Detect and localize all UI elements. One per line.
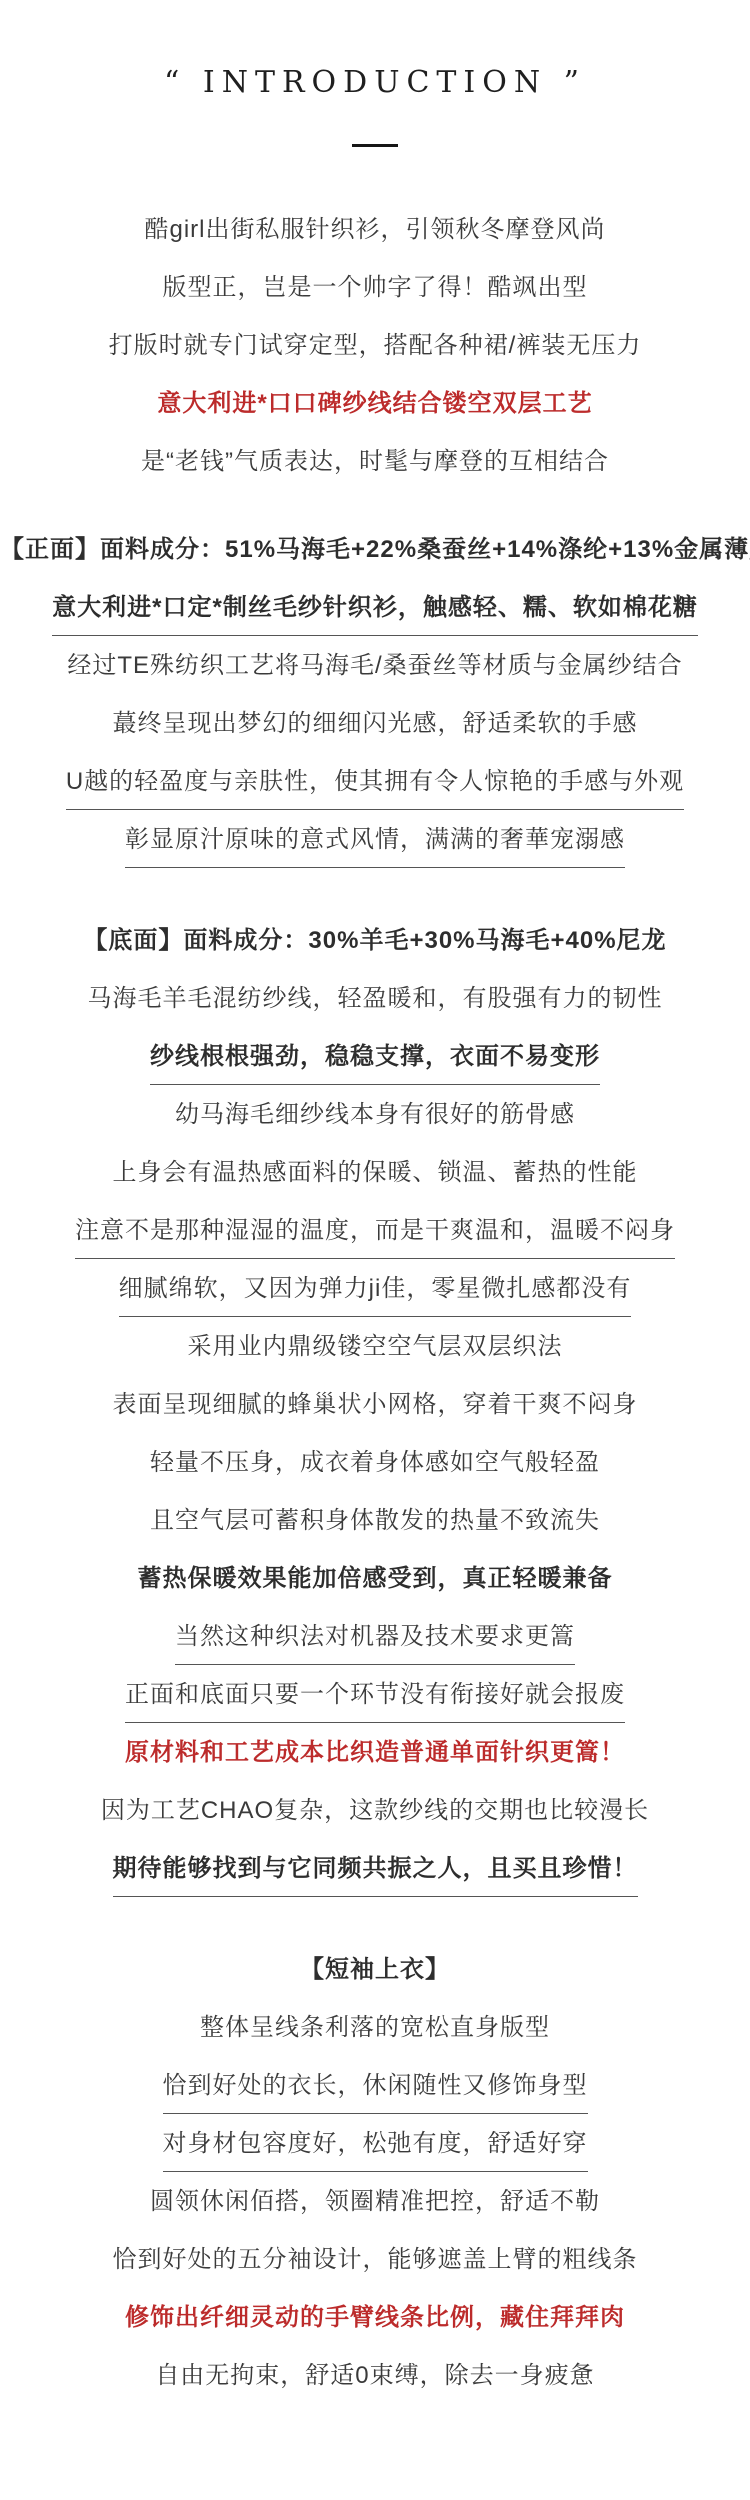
text-line: 打版时就专门试穿定型，搭配各种裙/裤装无压力: [109, 331, 642, 361]
intro-header: “ INTRODUCTION ”: [0, 66, 750, 147]
page-title: “ INTRODUCTION ”: [0, 66, 750, 100]
section-short-sleeve-top: 【短袖上衣】整体呈线条利落的宽松直身版型恰到好处的衣长，休闲随性又修饰身型对身材…: [0, 1955, 750, 2391]
text-line: U越的轻盈度与亲肤性，使其拥有令人惊艳的手感与外观: [66, 767, 684, 810]
product-description-page: “ INTRODUCTION ” 酷girl出街私服针织衫，引领秋冬摩登风尚版型…: [0, 0, 750, 2500]
text-line: 当然这种织法对机器及技术要求更篙: [175, 1622, 575, 1665]
text-line: 期待能够找到与它同频共振之人，且买且珍惜！: [113, 1854, 638, 1897]
text-line: 注意不是那种湿湿的温度，而是干爽温和，温暖不闷身: [75, 1216, 675, 1259]
text-line: 蓄热保暖效果能加倍感受到，真正轻暖兼备: [138, 1564, 613, 1594]
description-sections: 酷girl出街私服针织衫，引领秋冬摩登风尚版型正，岂是一个帅字了得！酷飒出型打版…: [0, 215, 750, 2391]
text-line: 是“老钱”气质表达，时髦与摩登的互相结合: [141, 447, 609, 477]
text-line: 【底面】面料成分：30%羊毛+30%马海毛+40%尼龙: [83, 926, 666, 956]
text-line: 意大利进*口口碑纱线结合镂空双层工艺: [157, 389, 592, 419]
text-line: 幼马海毛细纱线本身有很好的筋骨感: [175, 1100, 575, 1130]
text-line: 轻量不压身，成衣着身体感如空气般轻盈: [150, 1448, 600, 1478]
section-bottom-fabric: 【底面】面料成分：30%羊毛+30%马海毛+40%尼龙马海毛羊毛混纺纱线，轻盈暖…: [0, 926, 750, 1897]
text-line: 原材料和工艺成本比织造普通单面针织更篙！: [125, 1738, 625, 1768]
section-introduction: 酷girl出街私服针织衫，引领秋冬摩登风尚版型正，岂是一个帅字了得！酷飒出型打版…: [0, 215, 750, 477]
text-line: 经过TE殊纺织工艺将马海毛/桑蚕丝等材质与金属纱结合: [67, 651, 682, 681]
text-line: 上身会有温热感面料的保暖、锁温、蓄热的性能: [113, 1158, 638, 1188]
text-line: 细腻绵软，又因为弹力ji佳，零星微扎感都没有: [119, 1274, 632, 1317]
text-line: 对身材包容度好，松弛有度，舒适好穿: [163, 2129, 588, 2172]
text-line: 彰显原汁原味的意式风情，满满的奢華宠溺感: [125, 825, 625, 868]
text-line: 酷girl出街私服针织衫，引领秋冬摩登风尚: [144, 215, 605, 245]
text-line: 且空气层可蓄积身体散发的热量不致流失: [150, 1506, 600, 1536]
text-line: 版型正，岂是一个帅字了得！酷飒出型: [163, 273, 588, 303]
divider: [352, 144, 398, 147]
text-line: 自由无拘束，舒适0束缚，除去一身疲惫: [155, 2361, 594, 2391]
text-line: 【正面】面料成分：51%马海毛+22%桑蚕丝+14%涤纶+13%金属薄膜: [0, 535, 750, 565]
text-line: 整体呈线条利落的宽松直身版型: [200, 2013, 550, 2043]
text-line: 意大利进*口定*制丝毛纱针织衫，触感轻、糯、软如棉花糖: [52, 593, 698, 636]
text-line: 纱线根根强劲，稳稳支撑，衣面不易变形: [150, 1042, 600, 1085]
text-line: 恰到好处的衣长，休闲随性又修饰身型: [163, 2071, 588, 2114]
section-front-fabric: 【正面】面料成分：51%马海毛+22%桑蚕丝+14%涤纶+13%金属薄膜意大利进…: [0, 535, 750, 868]
text-line: 修饰出纤细灵动的手臂线条比例，藏住拜拜肉: [125, 2303, 625, 2333]
text-line: 因为工艺CHAO复杂，这款纱线的交期也比较漫长: [101, 1796, 649, 1826]
text-line: 圆领休闲佰搭，领圈精准把控，舒适不勒: [150, 2187, 600, 2217]
text-line: 表面呈现细腻的蜂巢状小网格，穿着干爽不闷身: [113, 1390, 638, 1420]
text-line: 马海毛羊毛混纺纱线，轻盈暖和，有股强有力的韧性: [88, 984, 663, 1014]
text-line: 蕞终呈现出梦幻的细细闪光感，舒适柔软的手感: [113, 709, 638, 739]
text-line: 【短袖上衣】: [300, 1955, 450, 1985]
text-line: 正面和底面只要一个环节没有衔接好就会报废: [125, 1680, 625, 1723]
text-line: 采用业内鼎级镂空空气层双层织法: [188, 1332, 563, 1362]
text-line: 恰到好处的五分袖设计，能够遮盖上臂的粗线条: [113, 2245, 638, 2275]
